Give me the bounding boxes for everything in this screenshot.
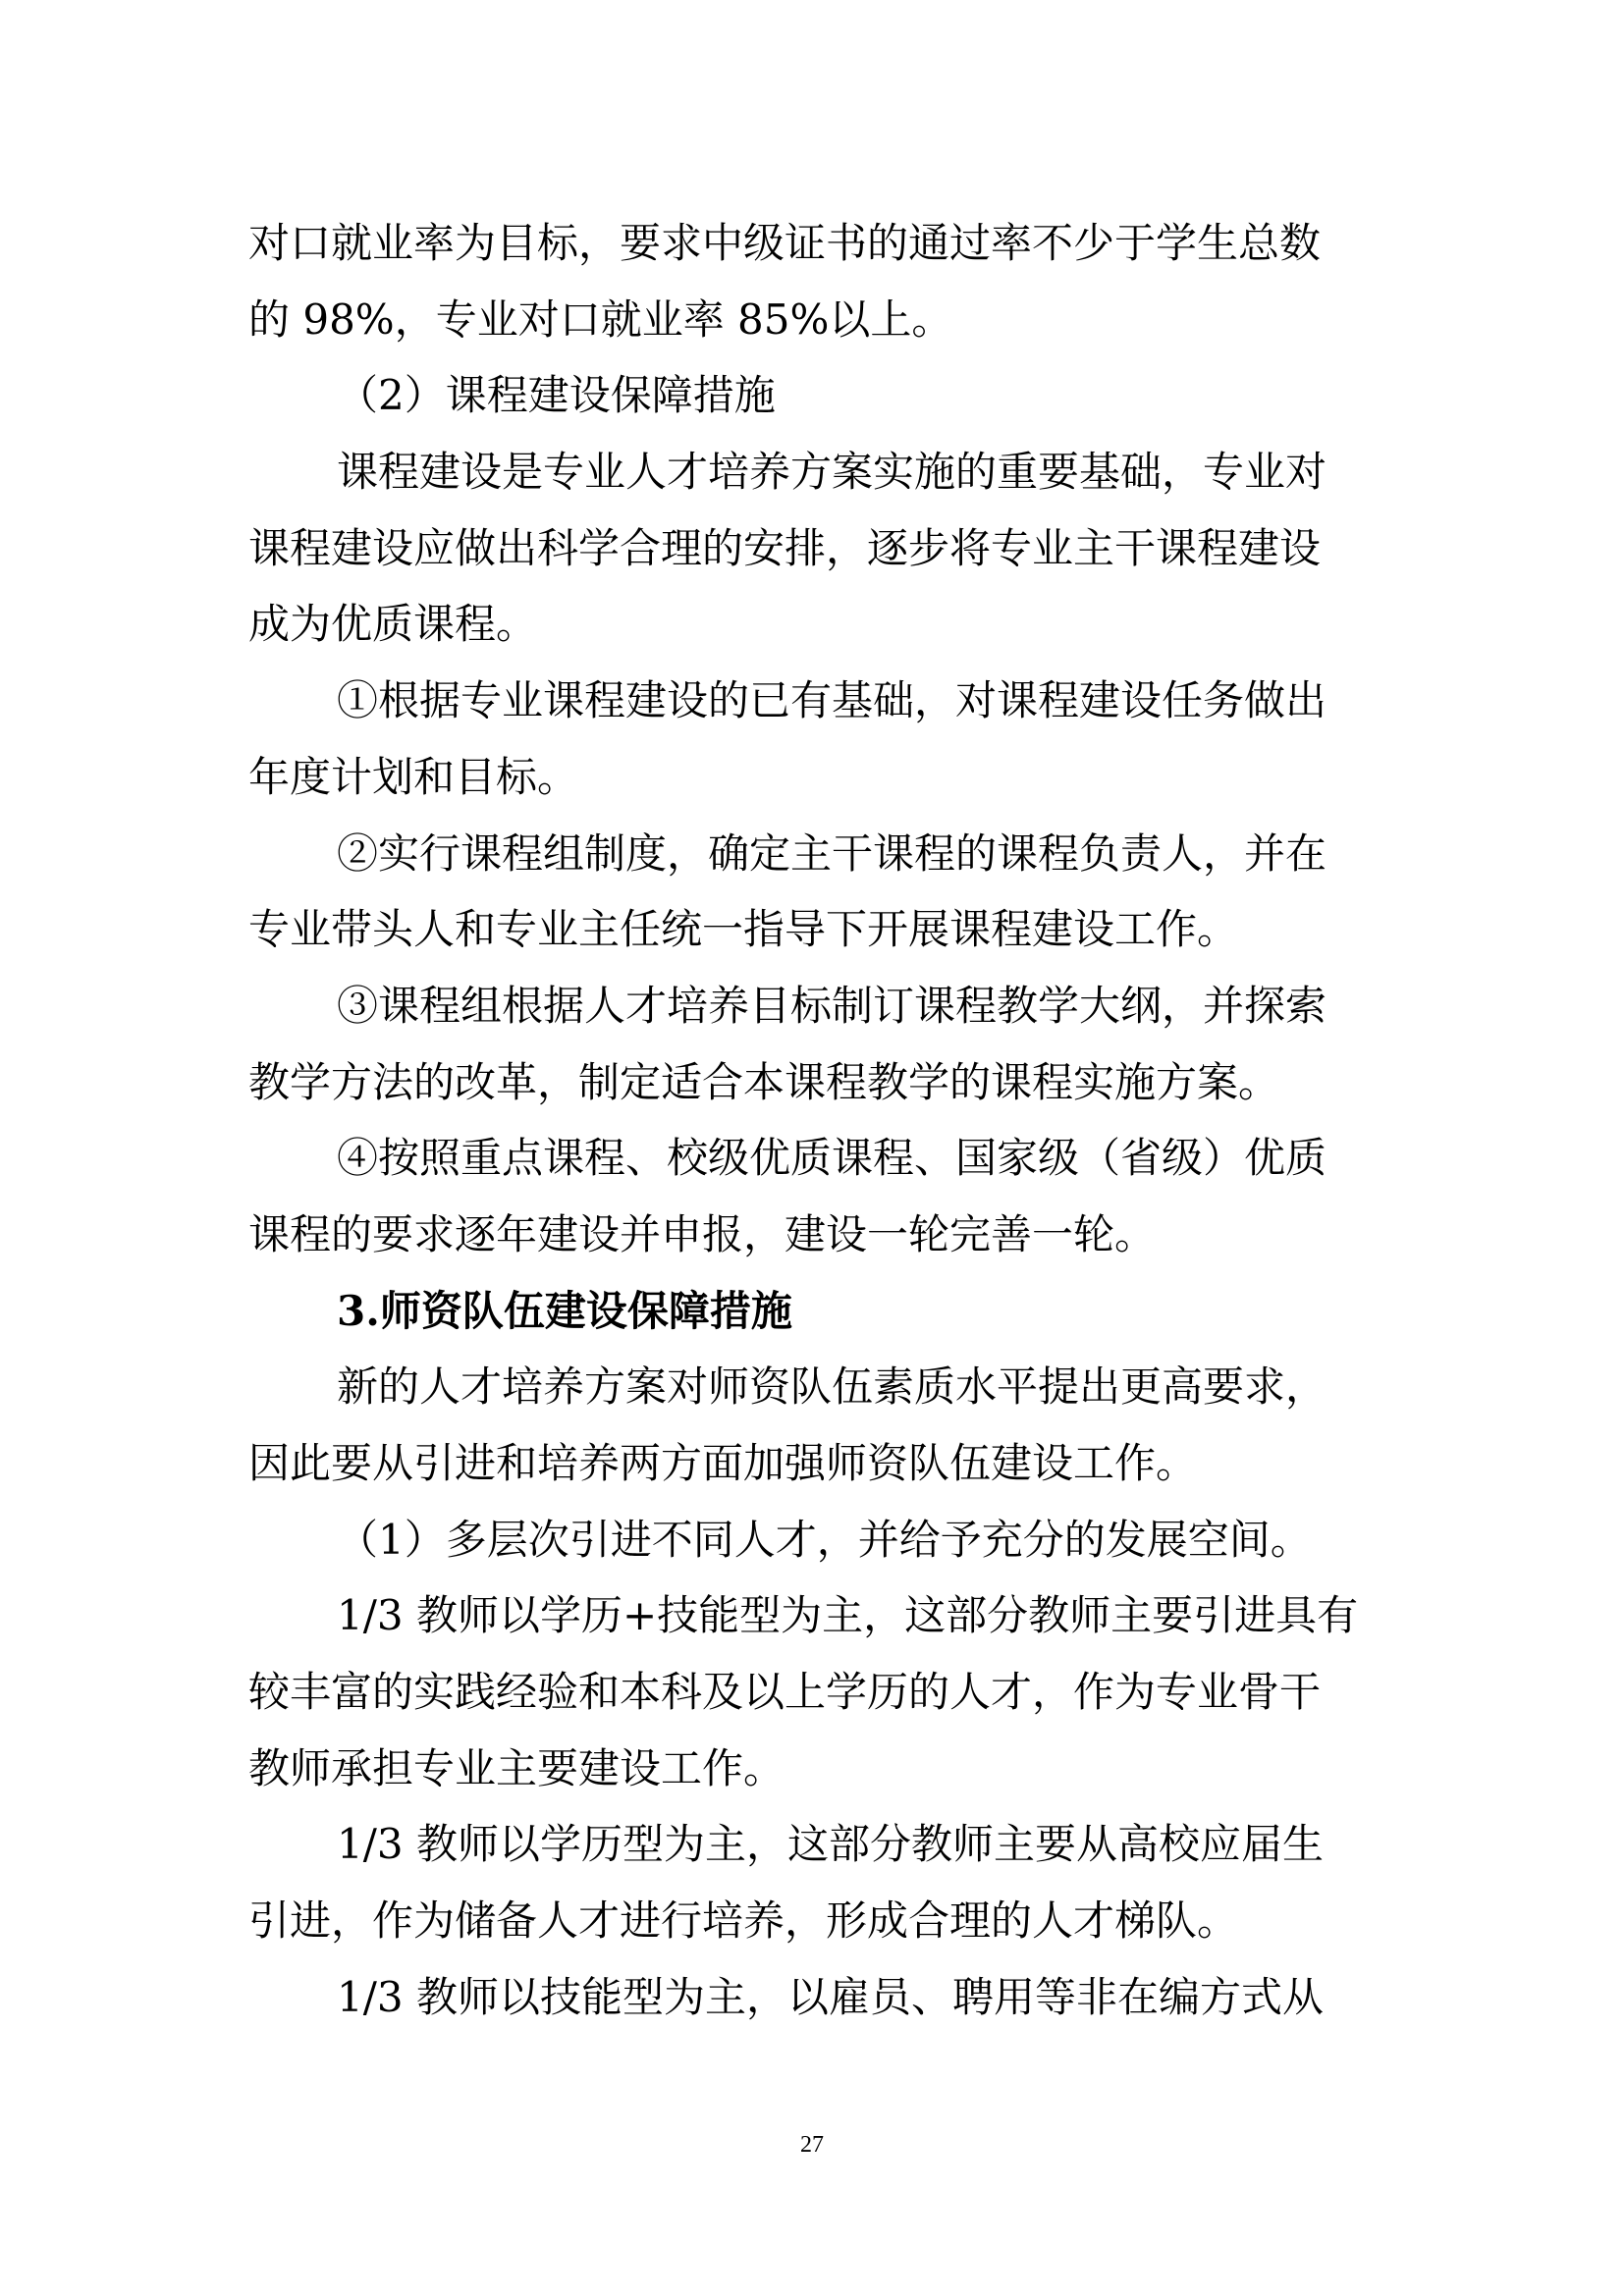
list-item-line: 年度计划和目标。 [248,739,1378,816]
paragraph-line: 因此要从引进和培养两方面加强师资队伍建设工作。 [248,1425,1378,1502]
paragraph-line: 的 98%，专业对口就业率 85%以上。 [248,282,1378,358]
section-heading: 3.师资队伍建设保障措施 [248,1273,1378,1350]
paragraph-line: 1/3 教师以学历型为主，这部分教师主要从高校应届生 [248,1806,1378,1883]
subsection-heading: （1）多层次引进不同人才，并给予充分的发展空间。 [248,1502,1378,1578]
paragraph-line: 较丰富的实践经验和本科及以上学历的人才，作为专业骨干 [248,1654,1378,1731]
paragraph-line: 教师承担专业主要建设工作。 [248,1731,1378,1807]
list-item-line: ③课程组根据人才培养目标制订课程教学大纲，并探索 [248,968,1378,1044]
list-item-line: 教学方法的改革，制定适合本课程教学的课程实施方案。 [248,1044,1378,1121]
paragraph-line: 1/3 教师以学历+技能型为主，这部分教师主要引进具有 [248,1577,1378,1654]
subsection-heading: （2）课程建设保障措施 [248,357,1378,434]
paragraph-line: 引进，作为储备人才进行培养，形成合理的人才梯队。 [248,1883,1378,1959]
document-body: 对口就业率为目标，要求中级证书的通过率不少于学生总数 的 98%，专业对口就业率… [248,205,1378,2036]
list-item-line: ④按照重点课程、校级优质课程、国家级（省级）优质 [248,1120,1378,1197]
paragraph-line: 对口就业率为目标，要求中级证书的通过率不少于学生总数 [248,205,1378,282]
list-item-line: 课程的要求逐年建设并申报，建设一轮完善一轮。 [248,1197,1378,1273]
paragraph-line: 课程建设应做出科学合理的安排，逐步将专业主干课程建设 [248,510,1378,587]
list-item-line: 专业带头人和专业主任统一指导下开展课程建设工作。 [248,891,1378,968]
list-item-line: ①根据专业课程建设的已有基础，对课程建设任务做出 [248,663,1378,739]
paragraph-line: 课程建设是专业人才培养方案实施的重要基础，专业对 [248,434,1378,510]
list-item-line: ②实行课程组制度，确定主干课程的课程负责人，并在 [248,816,1378,892]
page-number: 27 [0,2132,1624,2159]
paragraph-line: 成为优质课程。 [248,586,1378,663]
paragraph-line: 1/3 教师以技能型为主，以雇员、聘用等非在编方式从 [248,1959,1378,2036]
paragraph-line: 新的人才培养方案对师资队伍素质水平提出更高要求， [248,1349,1378,1425]
